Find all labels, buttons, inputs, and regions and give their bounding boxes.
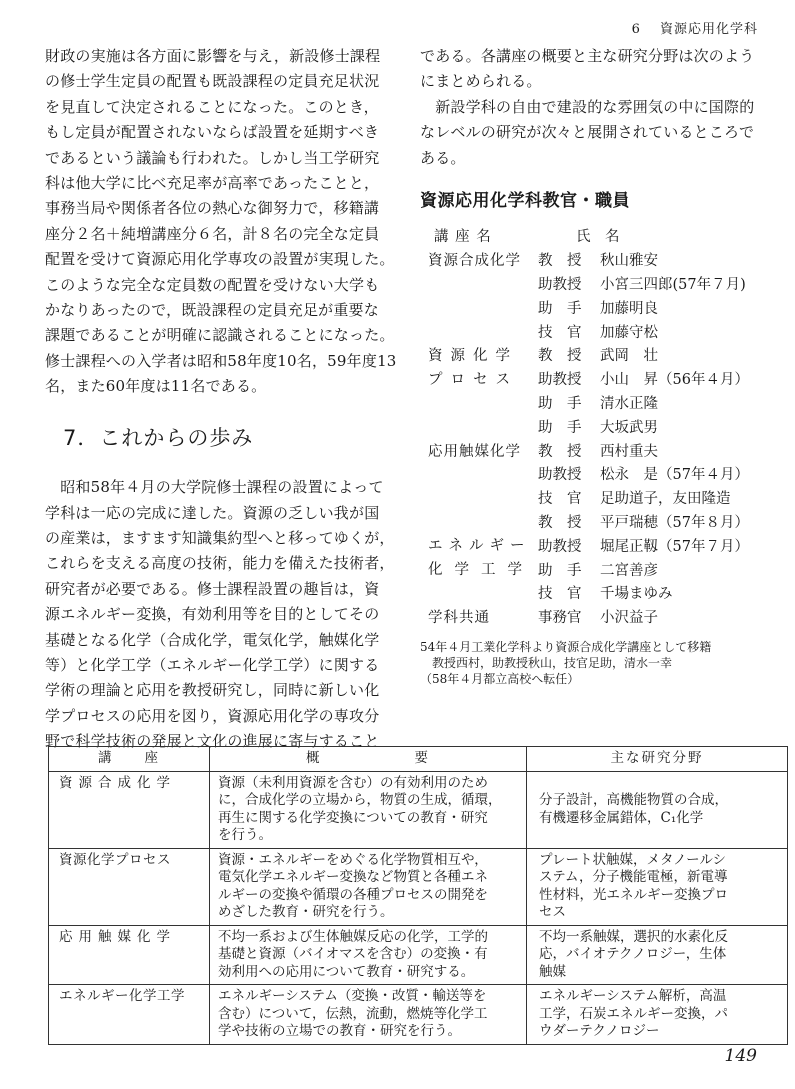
staff-title: 教 授 xyxy=(538,512,600,536)
research-cell: 不均一系触媒，選択的水素化反 応，バイオテクノロジー，生体 触媒 xyxy=(527,925,788,985)
name-header: 氏 名 xyxy=(576,226,620,250)
overview-line: 資源・エネルギーをめぐる化学物質相互や， xyxy=(218,852,518,870)
chair-line: 資源化学 xyxy=(428,345,518,369)
overview-line: を行う。 xyxy=(218,827,518,845)
research-cell: 分子設計，高機能物質の合成， 有機遷移金属錯体，C₁化学 xyxy=(527,771,788,848)
staff-name: 足助道子，友田隆造 xyxy=(600,488,731,512)
text-line: なレベルの研究が次々と展開されているところで xyxy=(420,120,765,145)
text-line: 事務当局や関係者各位の熱心な御努力で，移籍講 xyxy=(45,196,397,221)
staff-list: 講 座 名 氏 名 資源合成化学 教 授 秋山雅安 助教授 小宮三四郎(57年７… xyxy=(420,226,765,631)
paragraph-budget: 財政の実施は各方面に影響を与え，新設修士課程 の修士学生定員の配置も既設課程の定… xyxy=(45,44,397,400)
staff-title: 技 官 xyxy=(538,488,600,512)
staff-row: 助 手 大坂武男 xyxy=(420,417,765,441)
chair-name-energy: エネルギー 化学工学 xyxy=(428,535,534,583)
research-line: プレート状触媒，メタノールシ xyxy=(539,852,779,870)
staff-title: 助教授 xyxy=(538,464,600,488)
paragraph-future: 昭和58年４月の大学院修士課程の設置によって 学科は一応の完成に達した。資源の乏… xyxy=(45,475,397,754)
staff-title: 教 授 xyxy=(538,345,600,369)
table-row: 応用触媒化学 不均一系および生体触媒反応の化学，工学的 基礎と資源（バイオマスを… xyxy=(49,925,788,985)
staff-name: 大坂武男 xyxy=(600,417,658,441)
text-line: 基礎となる化学（合成化学，電気化学，触媒化学 xyxy=(45,628,397,653)
header-research: 主な研究分野 xyxy=(527,747,788,772)
staff-row: 教 授 平戸瑞穂（57年８月） xyxy=(420,512,765,536)
staff-title: 助 手 xyxy=(538,393,600,417)
staff-name: 西村重夫 xyxy=(600,441,658,465)
staff-title: 教 授 xyxy=(538,250,600,274)
chair-cell: 資源化学プロセス xyxy=(49,848,210,925)
staff-row: 助教授 小宮三四郎(57年７月) xyxy=(420,274,765,298)
text-line: 源エネルギー変換，有効利用等を目的としてその xyxy=(45,602,397,627)
chair-name xyxy=(420,393,538,417)
staff-footnote: 54年４月工業化学科より資源合成化学講座として移籍 教授西村，助教授秋山，技官足… xyxy=(420,639,765,687)
staff-title: 助 手 xyxy=(538,560,600,584)
chair-name xyxy=(420,298,538,322)
research-cell: エネルギーシステム解析，高温 工学，石炭エネルギー変換，パ ウダーテクノロジー xyxy=(527,985,788,1045)
overview-line: 効利用への応用について教育・研究する。 xyxy=(218,964,518,982)
chair-summary-table: 講 座 概 要 主な研究分野 資源合成化学 資源（未利用資源を含む）の有効利用の… xyxy=(48,746,788,1045)
chair-line: 化学工学 xyxy=(428,559,534,583)
staff-title: 技 官 xyxy=(538,322,600,346)
text-line: 修士課程への入学者は昭和58年度10名，59年度13 xyxy=(45,349,397,374)
header-chair: 講 座 xyxy=(49,747,210,772)
staff-row: 技 官 足助道子，友田隆造 xyxy=(420,488,765,512)
text-line: 課題であることが明確に認識されることになった。 xyxy=(45,323,397,348)
staff-name: 平戸瑞穂（57年８月） xyxy=(600,512,749,536)
staff-row: 助 手 清水正隆 xyxy=(420,393,765,417)
overview-line: 含む）について，伝熱，流動，燃焼等化学工 xyxy=(218,1006,518,1024)
overview-cell: 資源・エネルギーをめぐる化学物質相互や， 電気化学エネルギー変換など物質と各種エ… xyxy=(210,848,527,925)
overview-line: めざした教育・研究を行う。 xyxy=(218,904,518,922)
staff-row: 応用触媒化学 教 授 西村重夫 xyxy=(420,441,765,465)
footnote-line: （58年４月都立高校へ転任） xyxy=(420,671,765,687)
table-row: 資源化学プロセス 資源・エネルギーをめぐる化学物質相互や， 電気化学エネルギー変… xyxy=(49,848,788,925)
text-line: ある。 xyxy=(420,146,765,171)
chair-name xyxy=(420,464,538,488)
chair-cell: エネルギー化学工学 xyxy=(49,985,210,1045)
research-cell: プレート状触媒，メタノールシ ステム，分子機能電極，新電導 性材料，光エネルギー… xyxy=(527,848,788,925)
overview-line: 再生に関する化学変換についての教育・研究 xyxy=(218,810,518,828)
chair-line: エネルギー xyxy=(428,535,534,559)
chair-name xyxy=(420,512,538,536)
chair-name xyxy=(420,274,538,298)
table-row: 資源合成化学 資源（未利用資源を含む）の有効利用のため に，合成化学の立場から，… xyxy=(49,771,788,848)
text-line: 配置を受けて資源応用化学専攻の設置が実現した。 xyxy=(45,247,397,272)
research-line: 工学，石炭エネルギー変換，パ xyxy=(539,1006,779,1024)
left-column: 財政の実施は各方面に影響を与え，新設修士課程 の修士学生定員の配置も既設課程の定… xyxy=(45,44,397,755)
staff-name: 武岡 壮 xyxy=(600,345,658,369)
paragraph-summary-intro: である。各講座の概要と主な研究分野は次のよう にまとめられる。 新設学科の自由で… xyxy=(420,44,765,171)
chair-name xyxy=(420,417,538,441)
text-line: 等）と化学工学（エネルギー化学工学）に関する xyxy=(45,653,397,678)
running-header: 6 資源応用化学科 xyxy=(632,18,758,37)
chair-name xyxy=(420,583,538,607)
staff-name: 小沢益子 xyxy=(600,607,658,631)
research-line: セス xyxy=(539,904,779,922)
text-line: 名，また60年度は11名である。 xyxy=(45,374,397,399)
overview-line: ルギーの変換や循環の各種プロセスの開発を xyxy=(218,887,518,905)
section-heading: 7．これからの歩み xyxy=(63,426,397,451)
staff-title: 助教授 xyxy=(538,369,600,393)
text-line: 昭和58年４月の大学院修士課程の設置によって xyxy=(45,475,397,500)
text-line: もし定員が配置されないならば設置を延期すべき xyxy=(45,120,397,145)
staff-name: 加藤明良 xyxy=(600,298,658,322)
staff-row: 資源合成化学 教 授 秋山雅安 xyxy=(420,250,765,274)
chair-name-process: 資源化学 プロセス xyxy=(428,345,518,393)
overview-line: 不均一系および生体触媒反応の化学，工学的 xyxy=(218,929,518,947)
page-number: 149 xyxy=(725,1046,757,1066)
text-line: を見直して決定されることになった。このとき， xyxy=(45,95,397,120)
chair-cell: 応用触媒化学 xyxy=(49,925,210,985)
text-line: 学術の理論と応用を教授研究し，同時に新しい化 xyxy=(45,678,397,703)
chair-cell: 資源合成化学 xyxy=(49,771,210,848)
staff-title: 教 授 xyxy=(538,441,600,465)
table-row: エネルギー化学工学 エネルギーシステム（変換・改質・輸送等を 含む）について，伝… xyxy=(49,985,788,1045)
overview-line: 電気化学エネルギー変換など物質と各種エネ xyxy=(218,869,518,887)
research-line: 触媒 xyxy=(539,964,779,982)
section-title: 資源応用化学科 xyxy=(660,22,758,37)
overview-line: エネルギーシステム（変換・改質・輸送等を xyxy=(218,988,518,1006)
text-line: これらを支える高度の技術，能力を備えた技術者， xyxy=(45,551,397,576)
staff-title: 助 手 xyxy=(538,298,600,322)
text-line: 学科は一応の完成に達した。資源の乏しい我が国 xyxy=(45,501,397,526)
chair-name: 学科共通 xyxy=(420,607,538,631)
staff-name: 清水正隆 xyxy=(600,393,658,417)
section-number: 6 xyxy=(632,22,641,37)
text-line: このような完全な定員数の配置を受けない大学も xyxy=(45,273,397,298)
staff-name: 加藤守松 xyxy=(600,322,658,346)
chair-name: 応用触媒化学 xyxy=(420,441,538,465)
staff-name: 小宮三四郎(57年７月) xyxy=(600,274,746,298)
overview-cell: エネルギーシステム（変換・改質・輸送等を 含む）について，伝熱，流動，燃焼等化学… xyxy=(210,985,527,1045)
staff-name: 堀尾正靱（57年７月） xyxy=(600,536,749,560)
overview-line: 基礎と資源（バイオマスを含む）の変換・有 xyxy=(218,946,518,964)
staff-title: 助教授 xyxy=(538,536,600,560)
text-line: 科は他大学に比べ充足率が高率であったことと， xyxy=(45,171,397,196)
research-line: ウダーテクノロジー xyxy=(539,1023,779,1041)
staff-title: 技 官 xyxy=(538,583,600,607)
chair-name xyxy=(420,322,538,346)
text-line: 財政の実施は各方面に影響を与え，新設修士課程 xyxy=(45,44,397,69)
text-line: の産業は，ますます知識集約型へと移ってゆくが， xyxy=(45,526,397,551)
footnote-line: 教授西村，助教授秋山，技官足助，清水一幸 xyxy=(420,655,765,671)
header-overview: 概 要 xyxy=(210,747,527,772)
staff-row: 学科共通 事務官 小沢益子 xyxy=(420,607,765,631)
chair-line: プロセス xyxy=(428,369,518,393)
chair-name xyxy=(420,488,538,512)
text-line: かなりあったので，既設課程の定員充足が重要な xyxy=(45,298,397,323)
chair-header: 講 座 名 xyxy=(420,226,544,250)
text-line: 学プロセスの応用を図り，資源応用化学の専攻分 xyxy=(45,704,397,729)
research-line: 分子設計，高機能物質の合成， xyxy=(539,792,779,810)
staff-name: 千場まゆみ xyxy=(600,583,673,607)
research-line: エネルギーシステム解析，高温 xyxy=(539,988,779,1006)
overview-line: に，合成化学の立場から，物質の生成，循環， xyxy=(218,792,518,810)
overview-line: 資源（未利用資源を含む）の有効利用のため xyxy=(218,775,518,793)
staff-title: 助 手 xyxy=(538,417,600,441)
text-line: である。各講座の概要と主な研究分野は次のよう xyxy=(420,44,765,69)
overview-cell: 不均一系および生体触媒反応の化学，工学的 基礎と資源（バイオマスを含む）の変換・… xyxy=(210,925,527,985)
table-header-row: 講 座 概 要 主な研究分野 xyxy=(49,747,788,772)
text-line: 新設学科の自由で建設的な雰囲気の中に国際的 xyxy=(420,95,765,120)
staff-name: 小山 昇（56年４月） xyxy=(600,369,749,393)
staff-row: 助教授 松永 是（57年４月） xyxy=(420,464,765,488)
research-line: 有機遷移金属錯体，C₁化学 xyxy=(539,810,779,828)
staff-row: 技 官 加藤守松 xyxy=(420,322,765,346)
staff-header-row: 講 座 名 氏 名 xyxy=(420,226,765,250)
staff-name: 二宮善彦 xyxy=(600,560,658,584)
staff-title: 助教授 xyxy=(538,274,600,298)
staff-row: 助 手 加藤明良 xyxy=(420,298,765,322)
chair-name: 資源合成化学 xyxy=(420,250,538,274)
staff-name: 松永 是（57年４月） xyxy=(600,464,749,488)
text-line: 研究者が必要である。修士課程設置の趣旨は，資 xyxy=(45,577,397,602)
research-line: 性材料，光エネルギー変換プロ xyxy=(539,887,779,905)
right-column: である。各講座の概要と主な研究分野は次のよう にまとめられる。 新設学科の自由で… xyxy=(420,44,765,687)
research-line: 応，バイオテクノロジー，生体 xyxy=(539,946,779,964)
research-line: ステム，分子機能電極，新電導 xyxy=(539,869,779,887)
staff-title: 事務官 xyxy=(538,607,600,631)
staff-row: 技 官 千場まゆみ xyxy=(420,583,765,607)
text-line: であるという議論も行われた。しかし当工学研究 xyxy=(45,146,397,171)
overview-line: 学や技術の立場での教育・研究を行う。 xyxy=(218,1023,518,1041)
text-line: の修士学生定員の配置も既設課程の定員充足状況 xyxy=(45,69,397,94)
text-line: にまとめられる。 xyxy=(420,69,765,94)
overview-cell: 資源（未利用資源を含む）の有効利用のため に，合成化学の立場から，物質の生成，循… xyxy=(210,771,527,848)
text-line: 座分２名＋純増講座分６名，計８名の完全な定員 xyxy=(45,222,397,247)
staff-name: 秋山雅安 xyxy=(600,250,658,274)
footnote-line: 54年４月工業化学科より資源合成化学講座として移籍 xyxy=(420,639,765,655)
research-line: 不均一系触媒，選択的水素化反 xyxy=(539,929,779,947)
staff-heading: 資源応用化学科教官・職員 xyxy=(420,189,765,214)
